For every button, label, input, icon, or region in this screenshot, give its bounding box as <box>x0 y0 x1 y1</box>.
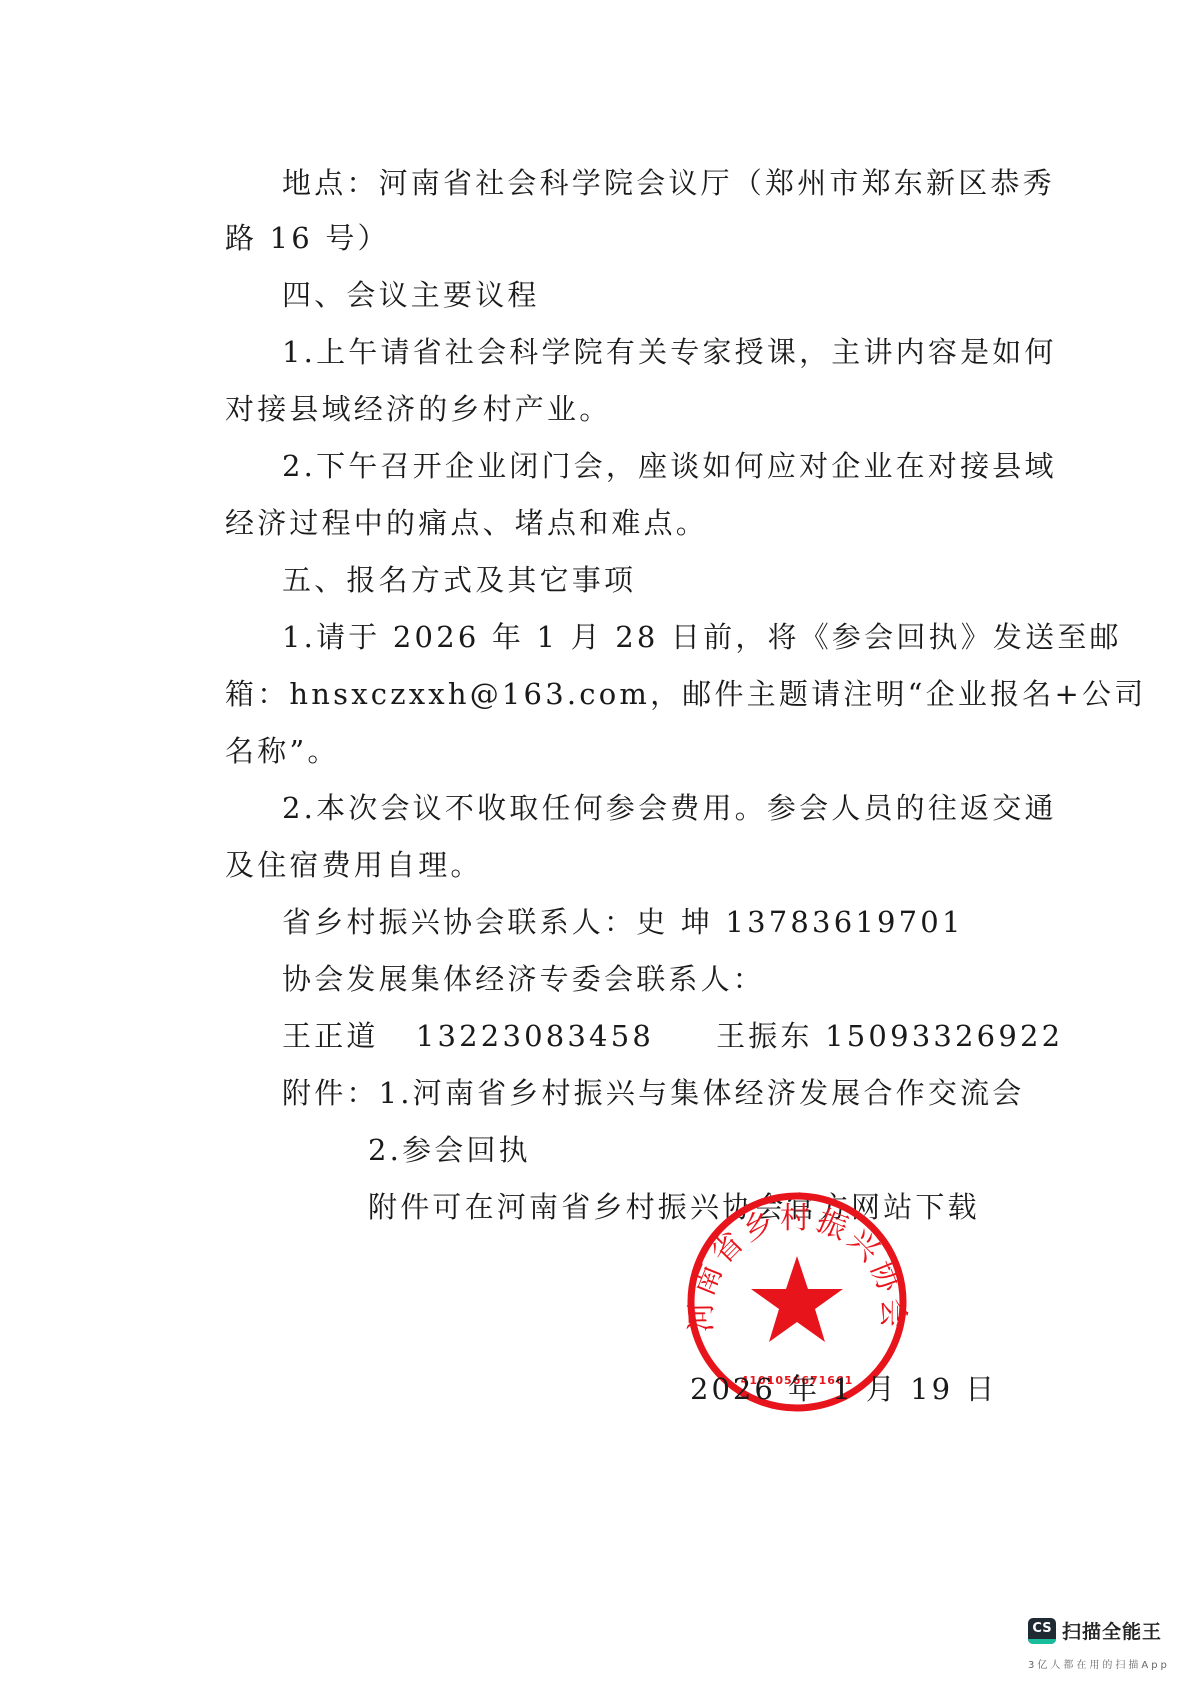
location-label: 地点： <box>282 166 379 200</box>
location-line-2: 路 16 号） <box>225 218 390 258</box>
attachment-item-1: 1.河南省乡村振兴与集体经济发展合作交流会 <box>379 1076 1025 1110</box>
registration-item-1-line-3: 名称”。 <box>225 731 340 771</box>
agenda-item-2-line-2: 经济过程中的痛点、堵点和难点。 <box>225 503 708 543</box>
committee-contact-label: 协会发展集体经济专委会联系人： <box>282 959 765 999</box>
section5-heading: 五、报名方式及其它事项 <box>282 560 636 600</box>
location-line-1: 地点：河南省社会科学院会议厅（郑州市郑东新区恭秀 <box>282 163 1055 203</box>
camscanner-tagline: 3亿人都在用的扫描App <box>1028 1656 1170 1671</box>
document-date: 2026 年 1 月 19 日 <box>690 1369 997 1409</box>
camscanner-logo-icon: CS <box>1028 1618 1056 1644</box>
agenda-item-1-line-1: 1.上午请省社会科学院有关专家授课，主讲内容是如何 <box>282 332 1057 372</box>
camscanner-watermark: CS 扫描全能王 <box>1028 1617 1162 1644</box>
association-contact: 省乡村振兴协会联系人：史 坤 13783619701 <box>282 902 964 942</box>
attachment-item-2: 2.参会回执 <box>368 1130 531 1170</box>
registration-item-1-line-1: 1.请于 2026 年 1 月 28 日前，将《参会回执》发送至邮 <box>282 617 1122 657</box>
location-text: 河南省社会科学院会议厅（郑州市郑东新区恭秀 <box>379 166 1055 200</box>
attachment-line-1: 附件：1.河南省乡村振兴与集体经济发展合作交流会 <box>282 1073 1024 1113</box>
camscanner-app-name: 扫描全能王 <box>1062 1617 1162 1644</box>
section4-heading: 四、会议主要议程 <box>282 275 540 315</box>
registration-item-2-line-2: 及住宿费用自理。 <box>225 845 483 885</box>
agenda-item-2-line-1: 2.下午召开企业闭门会，座谈如何应对企业在对接县域 <box>282 446 1057 486</box>
committee-contacts: 王正道 13223083458 王振东 15093326922 <box>282 1016 1063 1056</box>
registration-item-1-line-2: 箱：hnsxczxxh@163.com，邮件主题请注明“企业报名+公司 <box>225 674 1146 714</box>
attachment-label: 附件： <box>282 1076 379 1110</box>
agenda-item-1-line-2: 对接县域经济的乡村产业。 <box>225 389 611 429</box>
registration-item-2-line-1: 2.本次会议不收取任何参会费用。参会人员的往返交通 <box>282 788 1057 828</box>
